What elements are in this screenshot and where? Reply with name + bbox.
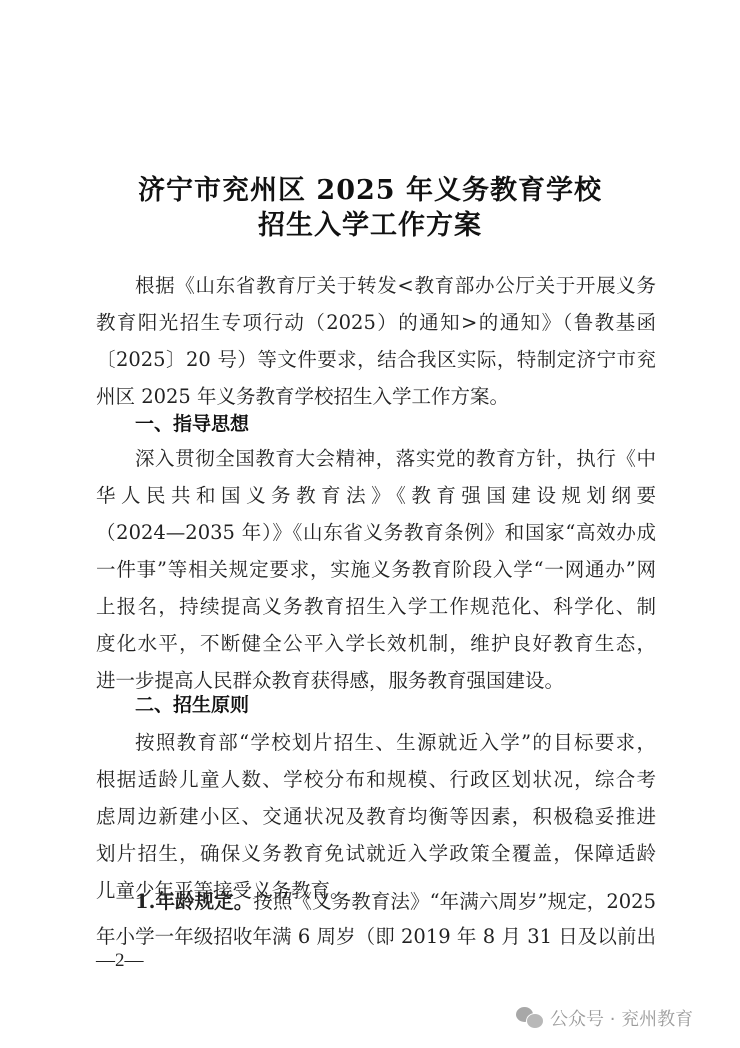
intro-line: 〔2025〕20 号）等文件要求，结合我区实际，特制定济宁市兖 <box>96 344 656 372</box>
section2-line: 根据适龄儿童人数、学校分布和规模、行政区划状况，综合考 <box>96 764 656 792</box>
intro-line: 教育阳光招生专项行动（2025）的通知>的通知》（鲁教基函 <box>96 307 656 335</box>
section1-line: 进一步提高人民群众教育获得感，服务教育强国建设。 <box>96 665 656 693</box>
section2-line: 虑周边新建小区、交通状况及教育均衡等因素，积极稳妥推进 <box>96 801 656 829</box>
intro-line: 州区 2025 年义务教育学校招生入学工作方案。 <box>96 381 656 409</box>
item1-text: 按照《义务教育法》“年满六周岁”规定，2025 <box>253 890 656 913</box>
section2-line: 划片招生，确保义务教育免试就近入学政策全覆盖，保障适龄 <box>96 838 656 866</box>
section1-line: 度化水平，不断健全公平入学长效机制，维护良好教育生态， <box>96 628 656 656</box>
wechat-icon <box>516 1007 544 1029</box>
section-heading-guiding-ideology: 一、指导思想 <box>135 409 249 436</box>
item1-line: 1.年龄规定。按照《义务教育法》“年满六周岁”规定，2025 <box>135 886 656 914</box>
wechat-watermark: 公众号 · 兖州教育 <box>516 1005 693 1031</box>
section1-line: （2024—2035 年）》《山东省义务教育条例》和国家“高效办成 <box>96 517 656 545</box>
section-heading-enrollment-principles: 二、招生原则 <box>135 690 249 717</box>
document-page: 济宁市兖州区 2025 年义务教育学校 招生入学工作方案 根据《山东省教育厅关于… <box>0 0 740 1048</box>
document-title-line2: 招生入学工作方案 <box>0 203 740 242</box>
document-title-line1: 济宁市兖州区 2025 年义务教育学校 <box>0 168 740 207</box>
section1-line: 华人民共和国义务教育法》《教育强国建设规划纲要 <box>96 480 656 508</box>
item1-line2: 年小学一年级招收年满 6 周岁（即 2019 年 8 月 31 日及以前出 <box>96 921 656 949</box>
page-number: —2— <box>96 950 144 972</box>
section1-line: 上报名，持续提高义务教育招生入学工作规范化、科学化、制 <box>96 591 656 619</box>
intro-line: 根据《山东省教育厅关于转发<教育部办公厅关于开展义务 <box>135 270 656 298</box>
section1-line: 深入贯彻全国教育大会精神，落实党的教育方针，执行《中 <box>135 443 656 471</box>
watermark-text: 公众号 · 兖州教育 <box>550 1005 693 1031</box>
item1-label: 1.年龄规定。 <box>135 890 253 913</box>
section1-line: 一件事”等相关规定要求，实施义务教育阶段入学“一网通办”网 <box>96 554 656 582</box>
section2-line: 按照教育部“学校划片招生、生源就近入学”的目标要求， <box>135 727 656 755</box>
